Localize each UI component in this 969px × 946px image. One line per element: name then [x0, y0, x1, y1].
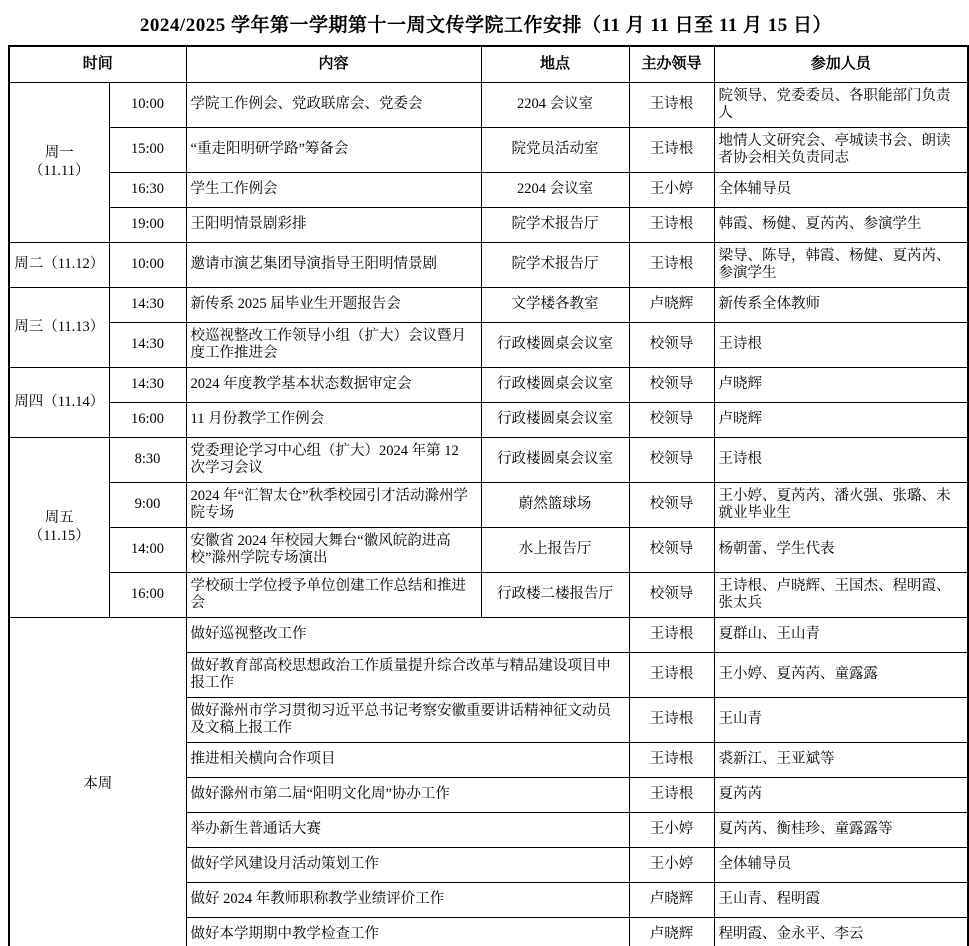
- cell-time: 14:00: [109, 528, 186, 573]
- cell-time: 10:00: [109, 243, 186, 288]
- table-row: 16:30 学生工作例会 2204 会议室 王小婷 全体辅导员: [9, 173, 968, 208]
- cell-leader: 校领导: [629, 573, 714, 618]
- cell-location: 文学楼各教室: [481, 288, 629, 323]
- cell-location: 行政楼圆桌会议室: [481, 438, 629, 483]
- cell-content: 2024 年度教学基本状态数据审定会: [186, 368, 481, 403]
- schedule-table: 时间 内容 地点 主办领导 参加人员 周一 （11.11） 10:00 学院工作…: [8, 45, 969, 946]
- cell-day-monday: 周一 （11.11）: [9, 83, 109, 243]
- cell-time: 9:00: [109, 483, 186, 528]
- cell-participants: 韩霞、杨健、夏芮芮、参演学生: [714, 208, 968, 243]
- cell-time: 16:30: [109, 173, 186, 208]
- cell-leader: 王诗根: [629, 778, 714, 813]
- table-row: 9:00 2024 年“汇智太仓”秋季校园引才活动滁州学院专场 蔚然篮球场 校领…: [9, 483, 968, 528]
- cell-time: 19:00: [109, 208, 186, 243]
- cell-content: 做好教育部高校思想政治工作质量提升综合改革与精品建设项目申报工作: [186, 653, 629, 698]
- cell-participants: 王小婷、夏芮芮、童露露: [714, 653, 968, 698]
- cell-content: 党委理论学习中心组（扩大）2024 年第 12 次学习会议: [186, 438, 481, 483]
- day-label: 周一: [14, 145, 105, 162]
- cell-participants: 王山青、程明霞: [714, 883, 968, 918]
- cell-location: 行政楼圆桌会议室: [481, 323, 629, 368]
- cell-participants: 卢晓辉: [714, 403, 968, 438]
- cell-leader: 王小婷: [629, 813, 714, 848]
- header-content: 内容: [186, 46, 481, 83]
- table-row: 14:30 校巡视整改工作领导小组（扩大）会议暨月度工作推进会 行政楼圆桌会议室…: [9, 323, 968, 368]
- cell-participants: 程明霞、金永平、李云: [714, 918, 968, 946]
- cell-content: 做好滁州市学习贯彻习近平总书记考察安徽重要讲话精神征文动员及文稿上报工作: [186, 698, 629, 743]
- cell-content: 做好巡视整改工作: [186, 618, 629, 653]
- cell-leader: 王诗根: [629, 653, 714, 698]
- cell-content: 邀请市演艺集团导演指导王阳明情景剧: [186, 243, 481, 288]
- cell-participants: 全体辅导员: [714, 848, 968, 883]
- cell-participants: 全体辅导员: [714, 173, 968, 208]
- day-label: 周五: [14, 510, 105, 527]
- table-row: 本周 做好巡视整改工作 王诗根 夏群山、王山青: [9, 618, 968, 653]
- cell-time: 10:00: [109, 83, 186, 128]
- cell-participants: 新传系全体教师: [714, 288, 968, 323]
- cell-leader: 王诗根: [629, 618, 714, 653]
- cell-participants: 王山青: [714, 698, 968, 743]
- cell-location: 2204 会议室: [481, 173, 629, 208]
- cell-leader: 王诗根: [629, 698, 714, 743]
- day-date: （11.15）: [14, 528, 105, 545]
- cell-leader: 校领导: [629, 528, 714, 573]
- table-row: 周三（11.13） 14:30 新传系 2025 届毕业生开题报告会 文学楼各教…: [9, 288, 968, 323]
- cell-time: 14:30: [109, 323, 186, 368]
- cell-content: 学校硕士学位授予单位创建工作总结和推进会: [186, 573, 481, 618]
- cell-leader: 王诗根: [629, 128, 714, 173]
- cell-location: 院学术报告厅: [481, 243, 629, 288]
- table-row: 周五 （11.15） 8:30 党委理论学习中心组（扩大）2024 年第 12 …: [9, 438, 968, 483]
- cell-leader: 王诗根: [629, 208, 714, 243]
- cell-content: 安徽省 2024 年校园大舞台“徽风皖韵进高校”滁州学院专场演出: [186, 528, 481, 573]
- cell-participants: 杨朝蕾、学生代表: [714, 528, 968, 573]
- day-date: （11.11）: [14, 163, 105, 180]
- cell-participants: 王诗根: [714, 323, 968, 368]
- cell-content: 学院工作例会、党政联席会、党委会: [186, 83, 481, 128]
- table-row: 15:00 “重走阳明研学路”筹备会 院党员活动室 王诗根 地情人文研究会、亭城…: [9, 128, 968, 173]
- header-leader: 主办领导: [629, 46, 714, 83]
- cell-participants: 梁导、陈导，韩霞、杨健、夏芮芮、参演学生: [714, 243, 968, 288]
- cell-leader: 校领导: [629, 403, 714, 438]
- cell-content: 11 月份教学工作例会: [186, 403, 481, 438]
- cell-day-tuesday: 周二（11.12）: [9, 243, 109, 288]
- table-row: 14:00 安徽省 2024 年校园大舞台“徽风皖韵进高校”滁州学院专场演出 水…: [9, 528, 968, 573]
- header-location: 地点: [481, 46, 629, 83]
- cell-time: 14:30: [109, 368, 186, 403]
- cell-participants: 夏芮芮、衡桂珍、童露露等: [714, 813, 968, 848]
- cell-participants: 夏芮芮: [714, 778, 968, 813]
- cell-participants: 王小婷、夏芮芮、潘火强、张璐、未就业毕业生: [714, 483, 968, 528]
- table-row: 16:00 11 月份教学工作例会 行政楼圆桌会议室 校领导 卢晓辉: [9, 403, 968, 438]
- cell-participants: 王诗根: [714, 438, 968, 483]
- cell-participants: 卢晓辉: [714, 368, 968, 403]
- cell-leader: 王诗根: [629, 83, 714, 128]
- cell-leader: 王诗根: [629, 743, 714, 778]
- table-row: 周二（11.12） 10:00 邀请市演艺集团导演指导王阳明情景剧 院学术报告厅…: [9, 243, 968, 288]
- cell-content: 新传系 2025 届毕业生开题报告会: [186, 288, 481, 323]
- cell-leader: 校领导: [629, 483, 714, 528]
- cell-leader: 卢晓辉: [629, 883, 714, 918]
- cell-location: 蔚然篮球场: [481, 483, 629, 528]
- cell-leader: 卢晓辉: [629, 918, 714, 946]
- cell-time: 14:30: [109, 288, 186, 323]
- cell-participants: 裘新江、王亚斌等: [714, 743, 968, 778]
- cell-participants: 王诗根、卢晓辉、王国杰、程明霞、张太兵: [714, 573, 968, 618]
- header-participants: 参加人员: [714, 46, 968, 83]
- cell-participants: 地情人文研究会、亭城读书会、朗读者协会相关负责同志: [714, 128, 968, 173]
- cell-content: 学生工作例会: [186, 173, 481, 208]
- cell-day-wednesday: 周三（11.13）: [9, 288, 109, 368]
- cell-day-thursday: 周四（11.14）: [9, 368, 109, 438]
- cell-content: 校巡视整改工作领导小组（扩大）会议暨月度工作推进会: [186, 323, 481, 368]
- cell-leader: 王小婷: [629, 848, 714, 883]
- cell-leader: 卢晓辉: [629, 288, 714, 323]
- cell-content: 举办新生普通话大赛: [186, 813, 629, 848]
- table-row: 周一 （11.11） 10:00 学院工作例会、党政联席会、党委会 2204 会…: [9, 83, 968, 128]
- cell-content: 2024 年“汇智太仓”秋季校园引才活动滁州学院专场: [186, 483, 481, 528]
- cell-leader: 王诗根: [629, 243, 714, 288]
- table-row: 19:00 王阳明情景剧彩排 院学术报告厅 王诗根 韩霞、杨健、夏芮芮、参演学生: [9, 208, 968, 243]
- cell-location: 院党员活动室: [481, 128, 629, 173]
- table-row: 周四（11.14） 14:30 2024 年度教学基本状态数据审定会 行政楼圆桌…: [9, 368, 968, 403]
- table-row: 16:00 学校硕士学位授予单位创建工作总结和推进会 行政楼二楼报告厅 校领导 …: [9, 573, 968, 618]
- cell-day-friday: 周五 （11.15）: [9, 438, 109, 618]
- cell-leader: 校领导: [629, 438, 714, 483]
- cell-time: 8:30: [109, 438, 186, 483]
- header-time: 时间: [9, 46, 186, 83]
- page-title: 2024/2025 学年第一学期第十一周文传学院工作安排（11 月 11 日至 …: [8, 6, 964, 45]
- cell-participants: 夏群山、王山青: [714, 618, 968, 653]
- cell-location: 行政楼圆桌会议室: [481, 368, 629, 403]
- cell-location: 行政楼二楼报告厅: [481, 573, 629, 618]
- cell-time: 15:00: [109, 128, 186, 173]
- cell-content: 做好本学期期中教学检查工作: [186, 918, 629, 946]
- cell-participants: 院领导、党委委员、各职能部门负责人: [714, 83, 968, 128]
- cell-time: 16:00: [109, 573, 186, 618]
- cell-location: 行政楼圆桌会议室: [481, 403, 629, 438]
- cell-leader: 校领导: [629, 323, 714, 368]
- cell-content: 做好 2024 年教师职称教学业绩评价工作: [186, 883, 629, 918]
- header-row: 时间 内容 地点 主办领导 参加人员: [9, 46, 968, 83]
- cell-content: 做好学风建设月活动策划工作: [186, 848, 629, 883]
- cell-location: 院学术报告厅: [481, 208, 629, 243]
- cell-time: 16:00: [109, 403, 186, 438]
- document-page: 2024/2025 学年第一学期第十一周文传学院工作安排（11 月 11 日至 …: [0, 0, 969, 946]
- cell-content: 做好滁州市第二届“阳明文化周”协办工作: [186, 778, 629, 813]
- cell-content: 王阳明情景剧彩排: [186, 208, 481, 243]
- cell-location: 2204 会议室: [481, 83, 629, 128]
- cell-content: “重走阳明研学路”筹备会: [186, 128, 481, 173]
- cell-leader: 王小婷: [629, 173, 714, 208]
- cell-week-label: 本周: [9, 618, 186, 946]
- cell-leader: 校领导: [629, 368, 714, 403]
- cell-content: 推进相关横向合作项目: [186, 743, 629, 778]
- cell-location: 水上报告厅: [481, 528, 629, 573]
